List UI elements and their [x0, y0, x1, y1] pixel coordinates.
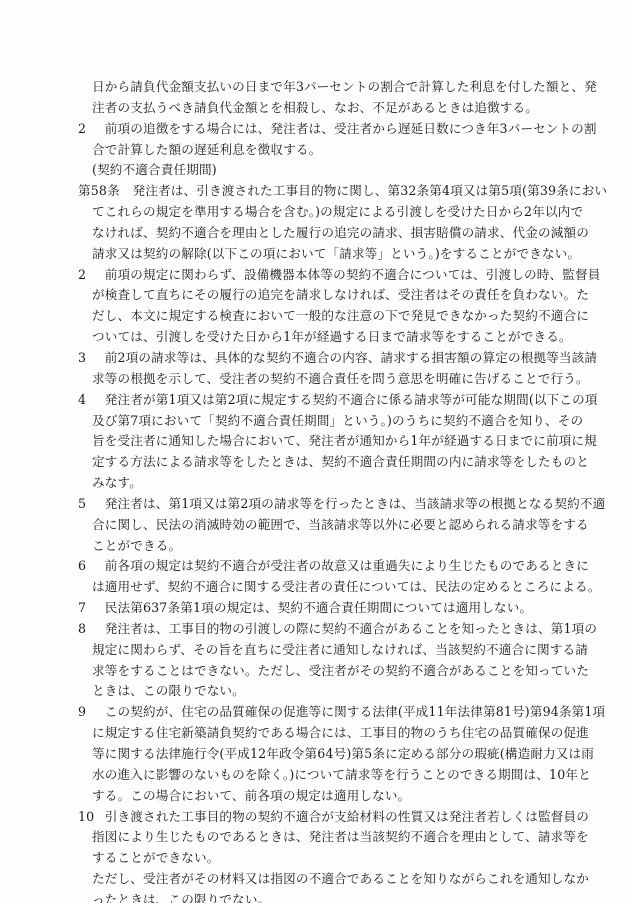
text-line: が検査して直ちにその履行の追完を請求しなければ、受注者はその責任を負わない。た	[78, 285, 558, 306]
line-text: 指図により生じたものであるときは、発注者は当該契約不適合を理由として、請求等を	[92, 829, 589, 844]
text-line: ついては、引渡しを受けた日から1年が経過する日まで請求等をすることができる。	[78, 327, 558, 348]
text-line: 求等の根拠を示して、受注者の契約不適合責任を問う意思を明確に告げることで行う。	[78, 369, 558, 390]
text-line: する。この場合において、前各項の規定は適用しない。	[78, 786, 558, 807]
line-text: が検査して直ちにその履行の追完を請求しなければ、受注者はその責任を負わない。た	[92, 287, 589, 302]
line-text: 前項の規定に関わらず、設備機器本体等の契約不適合については、引渡しの時、監督員	[92, 267, 601, 282]
item-number: 5	[78, 494, 92, 515]
text-line: 日から請負代金額支払いの日まで年3パーセントの割合で計算した利息を付した額と、発	[78, 77, 558, 98]
text-line: なければ、契約不適合を理由とした履行の追完の請求、損害賠償の請求、代金の減額の	[78, 223, 558, 244]
text-line: 指図により生じたものであるときは、発注者は当該契約不適合を理由として、請求等を	[78, 827, 558, 848]
line-text: この契約が、住宅の品質確保の促進等に関する法律(平成11年法律第81号)第94条…	[92, 704, 605, 719]
article-number: 第58条	[78, 181, 120, 202]
line-text: だし、本文に規定する検査において一般的な注意の下で発見できなかった契約不適合に	[92, 308, 589, 323]
line-text: する。この場合において、前各項の規定は適用しない。	[92, 788, 410, 803]
line-text: (契約不適合責任期間)	[92, 162, 217, 177]
line-text: 求等の根拠を示して、受注者の契約不適合責任を問う意思を明確に告げることで行う。	[92, 371, 589, 386]
text-line: ったときは、この限りでない。	[78, 890, 558, 903]
line-text: てこれらの規定を準用する場合を含む。)の規定による引渡しを受けた日から2年以内で	[92, 204, 583, 219]
paragraph-item-line: 7 民法第637条第1項の規定は、契約不適合責任期間については適用しない。	[78, 598, 558, 619]
line-text: 及び第7項において「契約不適合責任期間」という。)のうちに契約不適合を知り、その	[92, 413, 583, 428]
text-line: することができない。	[78, 848, 558, 869]
text-line: 及び第7項において「契約不適合責任期間」という。)のうちに契約不適合を知り、その	[78, 411, 558, 432]
paragraph-item-line: 4 発注者が第1項又は第2項に規定する契約不適合に係る請求等が可能な期間(以下こ…	[78, 390, 558, 411]
line-text: 等に関する法律施行令(平成12年政令第64号)第5条に定める部分の瑕疵(構造耐力…	[92, 746, 594, 761]
line-text: 発注者は、引き渡された工事目的物に関し、第32条第4項又は第5項(第39条におい	[120, 183, 607, 198]
text-line: 旨を受注者に通知した場合において、発注者が通知から1年が経過する日までに前項に規	[78, 431, 558, 452]
line-text: 旨を受注者に通知した場合において、発注者が通知から1年が経過する日までに前項に規	[92, 433, 597, 448]
line-text: に規定する住宅新築請負契約である場合には、工事目的物のうち住宅の品質確保の促進	[92, 725, 589, 740]
document-body: 日から請負代金額支払いの日まで年3パーセントの割合で計算した利息を付した額と、発…	[78, 77, 558, 903]
item-number: 10	[78, 807, 92, 828]
line-text: 前2項の請求等は、具体的な契約不適合の内容、請求する損害額の算定の根拠等当該請	[92, 350, 597, 365]
item-number: 8	[78, 619, 92, 640]
document-page: 日から請負代金額支払いの日まで年3パーセントの割合で計算した利息を付した額と、発…	[0, 0, 630, 903]
text-line: だし、本文に規定する検査において一般的な注意の下で発見できなかった契約不適合に	[78, 306, 558, 327]
line-text: 日から請負代金額支払いの日まで年3パーセントの割合で計算した利息を付した額と、発	[92, 79, 597, 94]
line-text: 引き渡された工事目的物の契約不適合が支給材料の性質又は発注者若しくは監督員の	[92, 809, 589, 824]
line-text: 合に関し、民法の消滅時効の範囲で、当該請求等以外に必要と認められる請求等をする	[92, 517, 589, 532]
line-text: ときは、この限りでない。	[92, 683, 245, 698]
text-line: 合で計算した額の遅延利息を徴収する。	[78, 140, 558, 161]
article-heading-line: 第58条 発注者は、引き渡された工事目的物に関し、第32条第4項又は第5項(第3…	[78, 181, 558, 202]
text-line: てこれらの規定を準用する場合を含む。)の規定による引渡しを受けた日から2年以内で	[78, 202, 558, 223]
text-line: (契約不適合責任期間)	[78, 160, 558, 181]
line-text: 発注者は、工事目的物の引渡しの際に契約不適合があることを知ったときは、第1項の	[92, 621, 597, 636]
line-text: は適用せず、契約不適合に関する受注者の責任については、民法の定めるところによる。	[92, 579, 601, 594]
line-text: ことができる。	[92, 538, 181, 553]
line-text: 求等をすることはできない。ただし、受注者がその契約不適合があることを知っていた	[92, 663, 589, 678]
line-text: 注者の支払うべき請負代金額とを相殺し、なお、不足があるときは追徴する。	[92, 100, 538, 115]
line-text: ったときは、この限りでない。	[92, 892, 270, 903]
item-number: 7	[78, 598, 92, 619]
text-line: ことができる。	[78, 536, 558, 557]
item-number: 6	[78, 556, 92, 577]
line-text: なければ、契約不適合を理由とした履行の追完の請求、損害賠償の請求、代金の減額の	[92, 225, 589, 240]
line-text: 発注者は、第1項又は第2項の請求等を行ったときは、当該請求等の根拠となる契約不適	[92, 496, 605, 511]
paragraph-item-line: 9 この契約が、住宅の品質確保の促進等に関する法律(平成11年法律第81号)第9…	[78, 702, 558, 723]
line-text: 請求又は契約の解除(以下この項において「請求等」という。)をすることができない。	[92, 246, 580, 261]
line-text: 定する方法による請求等をしたときは、契約不適合責任期間の内に請求等をしたものと	[92, 454, 589, 469]
text-line: 求等をすることはできない。ただし、受注者がその契約不適合があることを知っていた	[78, 661, 558, 682]
line-text: みなす。	[92, 475, 142, 490]
text-line: は適用せず、契約不適合に関する受注者の責任については、民法の定めるところによる。	[78, 577, 558, 598]
line-text: ついては、引渡しを受けた日から1年が経過する日まで請求等をすることができる。	[92, 329, 572, 344]
line-text: ただし、受注者がその材料又は指図の不適合であることを知りながらこれを通知しなか	[92, 871, 589, 886]
line-text: することができない。	[92, 850, 219, 865]
line-text: 合で計算した額の遅延利息を徴収する。	[92, 142, 321, 157]
paragraph-item-line: 10 引き渡された工事目的物の契約不適合が支給材料の性質又は発注者若しくは監督員…	[78, 807, 558, 828]
text-line: みなす。	[78, 473, 558, 494]
paragraph-item-line: 6 前各項の規定は契約不適合が受注者の故意又は重過失により生じたものであるときに	[78, 556, 558, 577]
paragraph-item-line: 2 前項の規定に関わらず、設備機器本体等の契約不適合については、引渡しの時、監督…	[78, 265, 558, 286]
paragraph-item-line: 3 前2項の請求等は、具体的な契約不適合の内容、請求する損害額の算定の根拠等当該…	[78, 348, 558, 369]
text-line: 合に関し、民法の消滅時効の範囲で、当該請求等以外に必要と認められる請求等をする	[78, 515, 558, 536]
item-number: 2	[78, 119, 92, 140]
text-line: 注者の支払うべき請負代金額とを相殺し、なお、不足があるときは追徴する。	[78, 98, 558, 119]
item-number: 9	[78, 702, 92, 723]
paragraph-item-line: 5 発注者は、第1項又は第2項の請求等を行ったときは、当該請求等の根拠となる契約…	[78, 494, 558, 515]
text-line: ときは、この限りでない。	[78, 681, 558, 702]
line-text: 民法第637条第1項の規定は、契約不適合責任期間については適用しない。	[92, 600, 532, 615]
text-line: 水の進入に影響のないものを除く。)について請求等を行うことのできる期間は、10年…	[78, 765, 558, 786]
item-number: 4	[78, 390, 92, 411]
line-text: 前項の追徴をする場合には、発注者は、受注者から遅延日数につき年3パーセントの割	[92, 121, 597, 136]
line-text: 水の進入に影響のないものを除く。)について請求等を行うことのできる期間は、10年…	[92, 767, 591, 782]
text-line: 等に関する法律施行令(平成12年政令第64号)第5条に定める部分の瑕疵(構造耐力…	[78, 744, 558, 765]
item-number: 2	[78, 265, 92, 286]
text-line: ただし、受注者がその材料又は指図の不適合であることを知りながらこれを通知しなか	[78, 869, 558, 890]
text-line: 規定に関わらず、その旨を直ちに受注者に通知しなければ、当該契約不適合に関する請	[78, 640, 558, 661]
text-line: に規定する住宅新築請負契約である場合には、工事目的物のうち住宅の品質確保の促進	[78, 723, 558, 744]
paragraph-item-line: 2 前項の追徴をする場合には、発注者は、受注者から遅延日数につき年3パーセントの…	[78, 119, 558, 140]
line-text: 前各項の規定は契約不適合が受注者の故意又は重過失により生じたものであるときに	[92, 558, 589, 573]
text-line: 定する方法による請求等をしたときは、契約不適合責任期間の内に請求等をしたものと	[78, 452, 558, 473]
item-number: 3	[78, 348, 92, 369]
paragraph-item-line: 8 発注者は、工事目的物の引渡しの際に契約不適合があることを知ったときは、第1項…	[78, 619, 558, 640]
line-text: 規定に関わらず、その旨を直ちに受注者に通知しなければ、当該契約不適合に関する請	[92, 642, 588, 657]
text-line: 請求又は契約の解除(以下この項において「請求等」という。)をすることができない。	[78, 244, 558, 265]
line-text: 発注者が第1項又は第2項に規定する契約不適合に係る請求等が可能な期間(以下この項	[92, 392, 598, 407]
